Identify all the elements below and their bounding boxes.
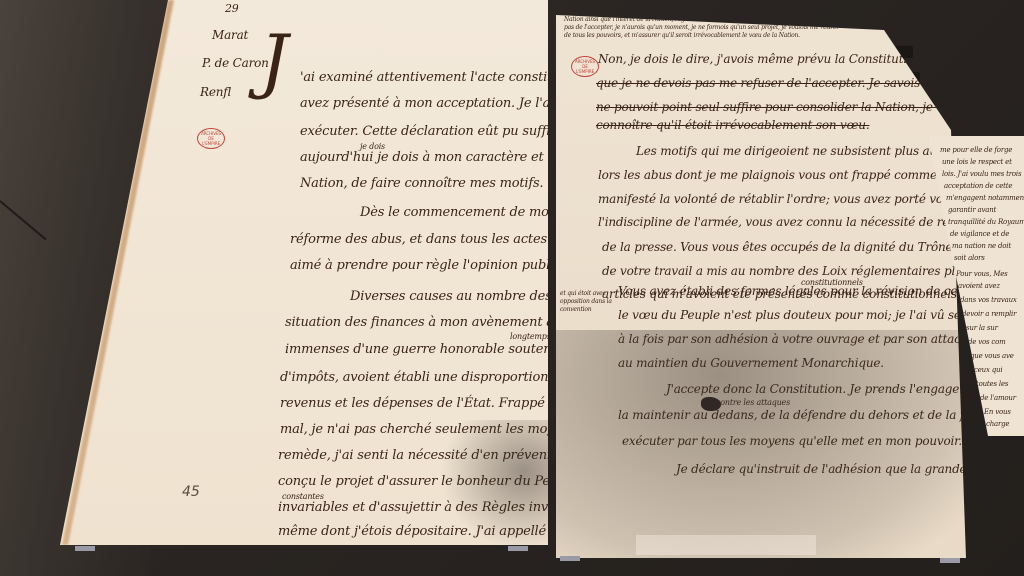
text-line: de votre travail a mis au nombre des Loi… xyxy=(602,264,966,278)
text-line: avez présenté à mon acceptation. Je l'ac… xyxy=(300,96,548,111)
text-line: garantir avant xyxy=(948,206,996,214)
text-line: l'indiscipline de l'armée, vous avez con… xyxy=(598,215,966,229)
text-line: de vos com xyxy=(968,338,1006,346)
margin-note: Renfl xyxy=(200,85,231,99)
text-line: immenses d'une guerre honorable soutenue… xyxy=(285,342,548,357)
margin-note: P. de Caron xyxy=(202,56,269,70)
text-line: En vous xyxy=(984,408,1011,416)
text-line: ma nation ne doit xyxy=(952,242,1011,250)
text-line: toutes les xyxy=(976,380,1008,388)
text-line: Nation, de faire connoître mes motifs. xyxy=(300,176,543,191)
stamp-line: L'EMPIRE xyxy=(575,69,595,74)
stamp-line: L'EMPIRE xyxy=(201,141,221,146)
text-line: de la presse. Vous vous êtes occupés de … xyxy=(602,240,966,254)
text-line: Diverses causes au nombre desquelles on … xyxy=(350,289,548,304)
text-line: aujourd'hui je dois à mon caractère et a… xyxy=(300,150,548,165)
page-number: 29 xyxy=(225,2,239,15)
margin-note: convention xyxy=(560,306,591,313)
text-line: tranquillité du Royaume xyxy=(948,218,1024,226)
light-reflection xyxy=(636,535,816,555)
text-line: de l'amour xyxy=(980,394,1016,402)
text-line: Les motifs qui me dirigeoient ne subsist… xyxy=(636,144,966,158)
mount-tab xyxy=(75,546,95,551)
struck-line: que je ne devois pas me refuser de l'acc… xyxy=(596,76,966,90)
archive-stamp: ARCHIVES DE L'EMPIRE xyxy=(197,128,225,149)
margin-note: Marat xyxy=(212,28,248,42)
text-line: aimé à prendre pour règle l'opinion publ… xyxy=(290,258,548,273)
text-line: de vigilance et de xyxy=(950,230,1009,238)
archive-stamp: ARCHIVES DE L'EMPIRE xyxy=(571,56,599,77)
text-line: exécuter. Cette déclaration eût pu suffi… xyxy=(300,124,548,139)
text-line: dans vos travaux xyxy=(960,296,1017,304)
text-line: 'ai examiné attentivement l'acte constit… xyxy=(300,70,548,85)
text-line: me pour elle de forge xyxy=(940,146,1012,154)
text-line: d'impôts, avoient établi une disproporti… xyxy=(280,370,548,385)
struck-line: connoître qu'il étoit irrévocablement so… xyxy=(596,118,869,132)
folio-number: 45 xyxy=(182,484,200,500)
text-line: acceptation de cette xyxy=(944,182,1012,190)
text-line: ceux qui xyxy=(974,366,1002,374)
text-line: m'engagent notamment xyxy=(946,194,1024,202)
struck-line: ne pouvoit point seul suffire pour conso… xyxy=(596,100,966,114)
text-line: que vous ave xyxy=(970,352,1014,360)
photo-shadow xyxy=(556,330,966,558)
mount-tab xyxy=(560,556,580,561)
text-line: lors les abus dont je me plaignois vous … xyxy=(598,168,966,182)
case-edge-line xyxy=(0,200,47,240)
mount-tab xyxy=(508,546,528,551)
text-line: charge xyxy=(986,420,1009,428)
text-line: une lois le respect et xyxy=(942,158,1012,166)
mount-tab xyxy=(940,558,960,563)
text-line: Vous avez établi des formes légales pour… xyxy=(618,284,966,298)
text-line: Dès le commencement de mon règne, j'ai d… xyxy=(360,205,548,220)
text-line: Pour vous, Mes xyxy=(956,270,1008,278)
text-line: soit alors xyxy=(954,254,985,262)
text-line: avoient avez xyxy=(958,282,1000,290)
text-line: réforme des abus, et dans tous les actes… xyxy=(290,232,548,247)
header-line: de tous les pouvoirs, et m'assurer qu'il… xyxy=(564,32,800,39)
manuscript-page-right: 2 Nation ainsi que l'intérêt de la Natio… xyxy=(556,0,966,558)
text-line: situation des finances à mon avènement a… xyxy=(285,315,548,330)
text-line: lois. J'ai voulu mes trois xyxy=(942,170,1021,178)
correction: longtemps xyxy=(510,332,548,341)
margin-note: et qui étoit avec xyxy=(560,290,606,297)
text-line: devoir a remplir xyxy=(962,310,1016,318)
text-line: sur la sur xyxy=(966,324,998,332)
decorative-initial: J xyxy=(260,26,288,96)
photo-shadow xyxy=(440,420,548,545)
text-line: le vœu du Peuple n'est plus douteux pour… xyxy=(618,308,966,322)
margin-note: opposition dans la xyxy=(560,298,612,305)
text-line: manifesté la volonté de rétablir l'ordre… xyxy=(598,192,966,206)
text-line: revenus et les dépenses de l'État. Frapp… xyxy=(280,396,548,411)
